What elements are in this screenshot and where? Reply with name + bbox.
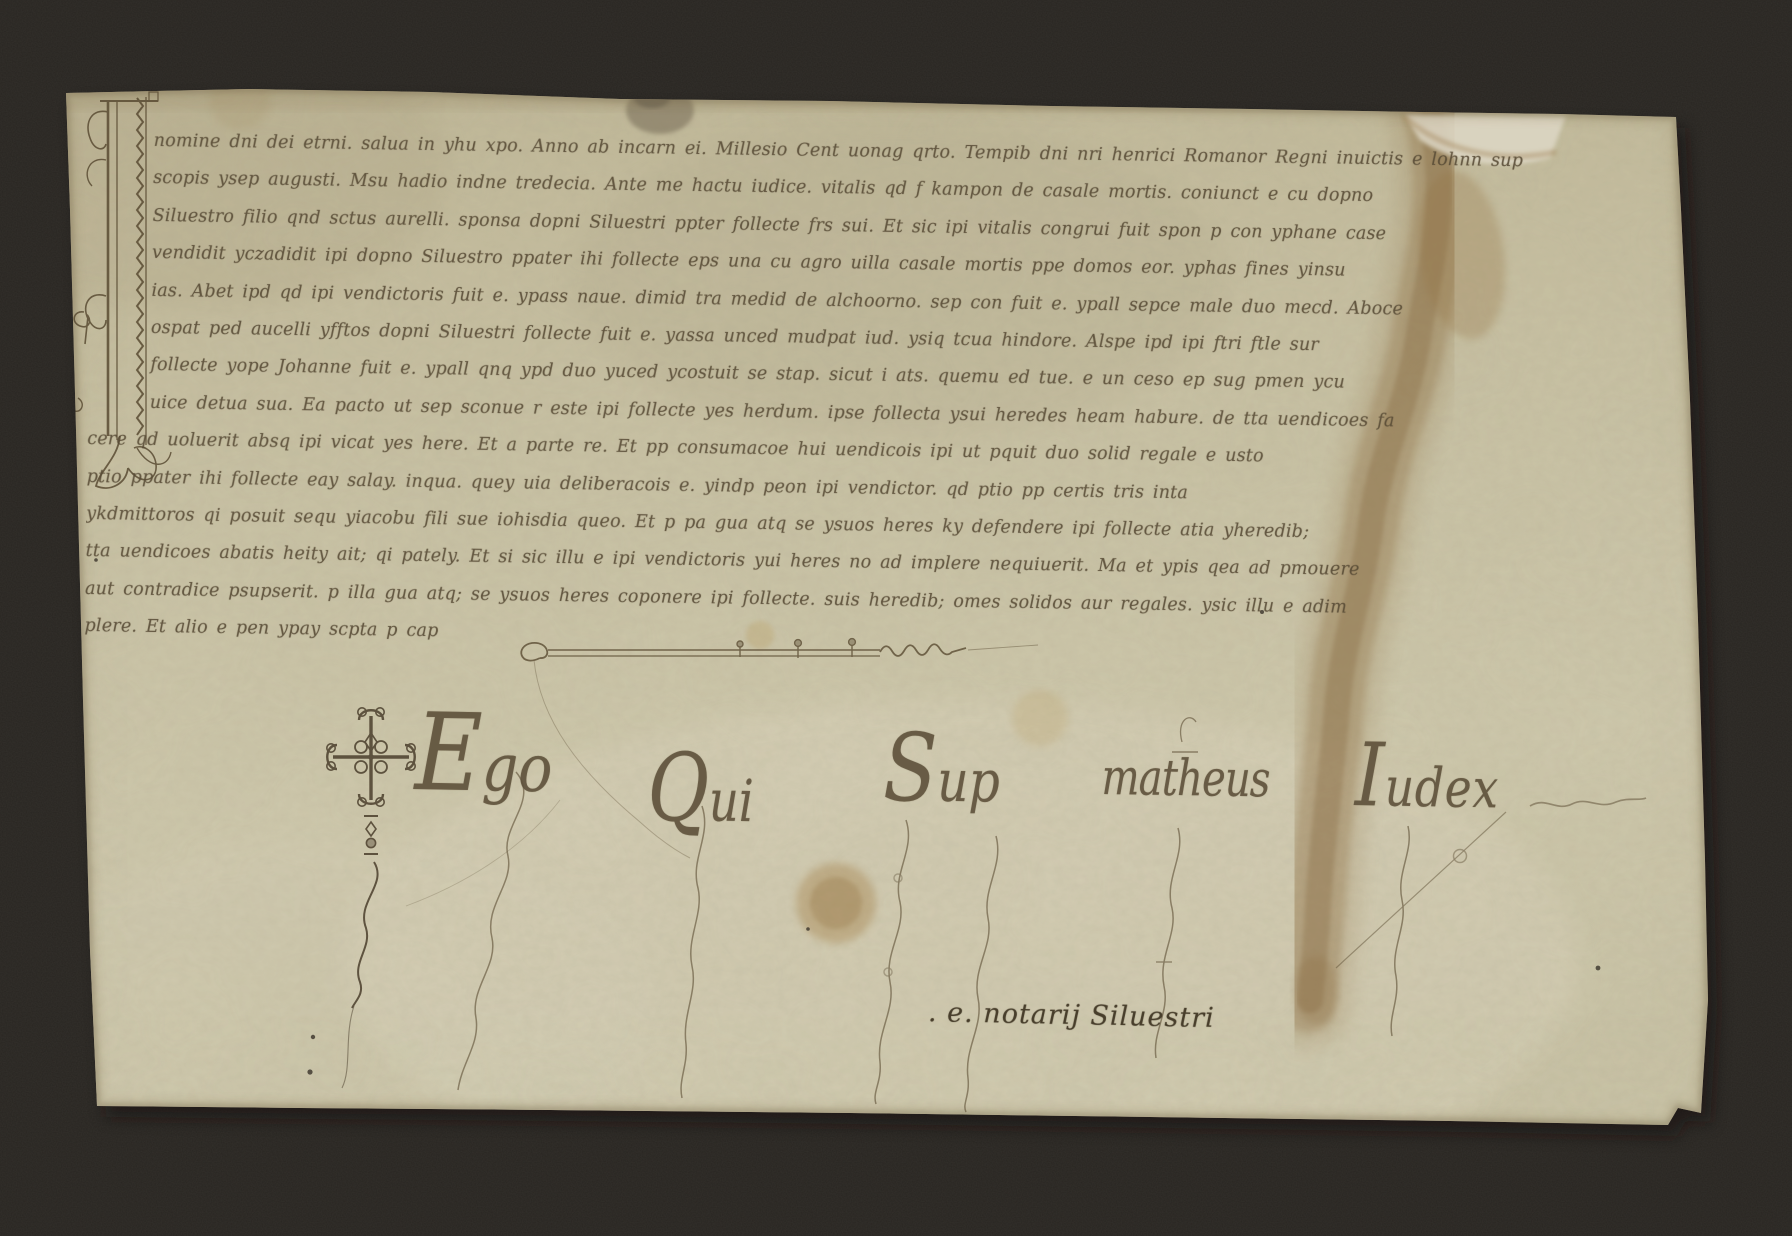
signature-word-ego: Ego [414,700,553,809]
round-stain [796,863,876,943]
signature-word-iudex: Iudex [1354,732,1499,822]
signature-word-matheus: matheus [1101,752,1270,804]
signature-word-qui: Qui [647,742,754,837]
signature-word-sup: Sup [883,722,1001,818]
text-block: nomine dni dei etrni. salua in yhu xpo. … [84,122,1542,667]
notary-subscription: . e. notarij Siluestri [928,997,1215,1034]
manuscript-line: plere. Et alio e pen ypay scpta p cap [84,608,505,652]
photograph: nomine dni dei etrni. salua in yhu xpo. … [0,0,1792,1236]
